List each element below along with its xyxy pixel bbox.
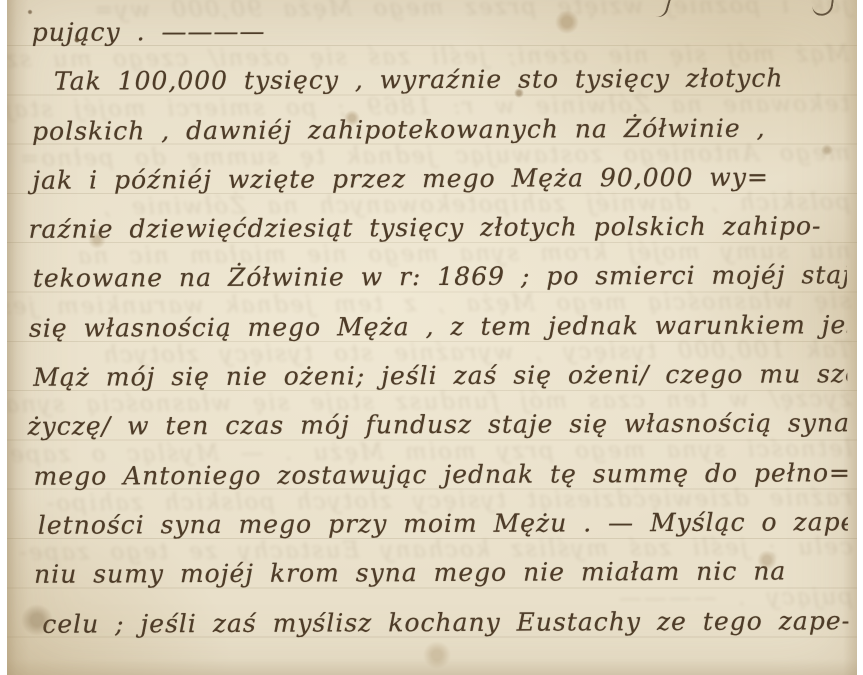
scanned-document: jak i późniéj wzięte przez mego Męża 90,…: [0, 0, 863, 675]
manuscript-line: jak i późniéj wzięte przez mego Męża 90,…: [26, 152, 846, 205]
manuscript-line: tekowane na Żółwinie w r: 1869 ; po smie…: [27, 251, 847, 304]
manuscript-line: letności syna mego przy moim Mężu . — My…: [28, 497, 848, 550]
letter-page: jak i późniéj wzięte przez mego Męża 90,…: [7, 0, 857, 675]
manuscript-line: pujący . ————: [26, 4, 846, 57]
manuscript-line: niu sumy mojéj krom syna mego nie miałam…: [28, 546, 848, 599]
manuscript-line: Mąż mój się nie ożeni; jeśli zaś się oże…: [27, 349, 847, 402]
manuscript-line: raźnie dziewięćdziesiąt tysięcy złotych …: [26, 201, 846, 254]
manuscript-line: celu ; jeśli zaś myślisz kochany Eustach…: [28, 596, 848, 649]
manuscript-text: pujący . ———— Tak 100,000 tysięcy , wyra…: [26, 4, 849, 648]
manuscript-line: mego Antoniego zostawując jednak tę summ…: [28, 448, 848, 501]
manuscript-line: polskich , dawniéj zahipotekowanych na Ż…: [26, 103, 846, 156]
manuscript-line: życzę/ w ten czas mój fundusz staje się …: [27, 399, 847, 452]
manuscript-line: się własnością mego Męża , z tem jednak …: [27, 300, 847, 353]
manuscript-line: Tak 100,000 tysięcy , wyraźnie sto tysię…: [26, 54, 846, 107]
